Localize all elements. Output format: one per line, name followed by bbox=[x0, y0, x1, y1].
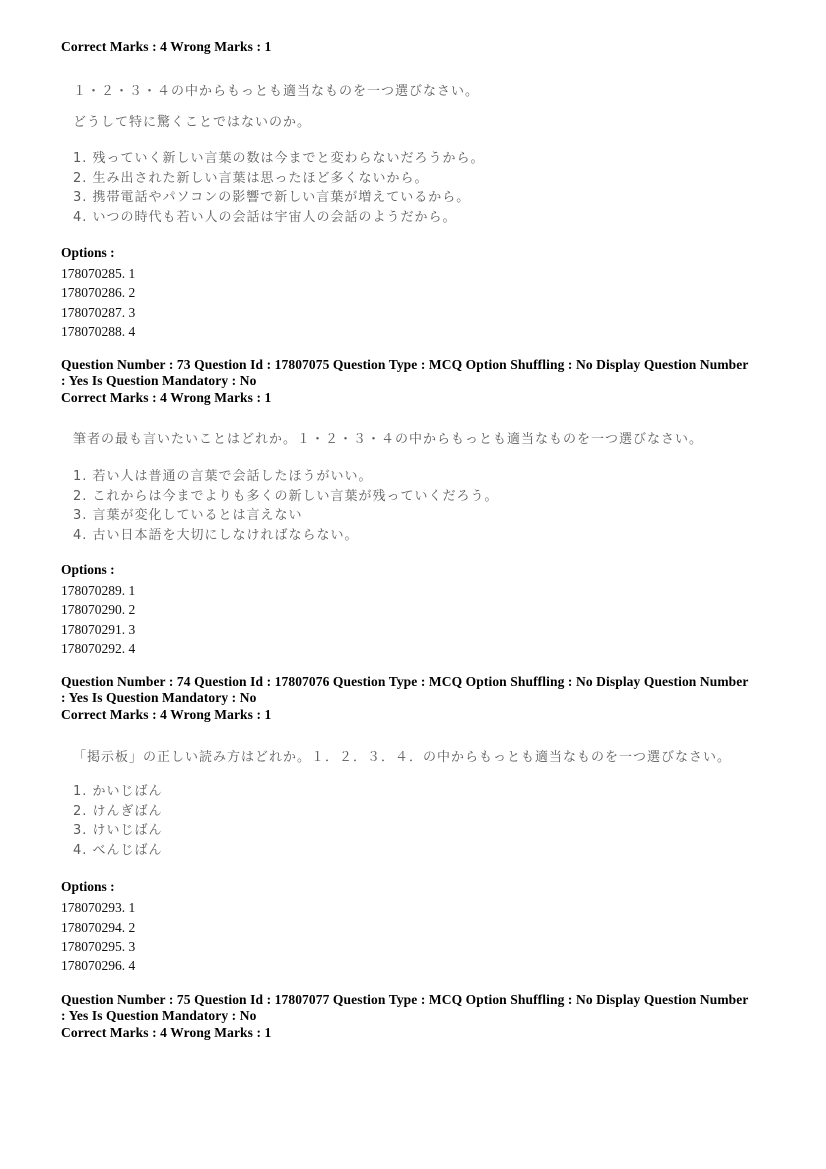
option-id: 178070293. 1 bbox=[61, 898, 765, 917]
option-id: 178070290. 2 bbox=[61, 600, 765, 619]
options-label: Options : bbox=[61, 880, 765, 893]
choice-item: 3. 携帯電話やパソコンの影響で新しい言葉が増えているから。 bbox=[73, 188, 765, 208]
choice-item: 1. かいじばん bbox=[73, 782, 765, 802]
choice-item: 2. けんぎばん bbox=[73, 802, 765, 822]
choice-item: 2. 生み出された新しい言葉は思ったほど多くないから。 bbox=[73, 169, 765, 189]
option-id-list: 178070289. 1 178070290. 2 178070291. 3 1… bbox=[61, 581, 765, 658]
choice-list: 1. 若い人は普通の言葉で会話したほうがいい。 2. これからは今までよりも多く… bbox=[73, 467, 765, 545]
option-id: 178070289. 1 bbox=[61, 581, 765, 600]
choice-item: 3. けいじばん bbox=[73, 821, 765, 841]
question-stem-line-1: 筆者の最も言いたいことはどれか。１・２・３・４の中からもっとも適当なものを一つ選… bbox=[73, 433, 765, 446]
option-id: 178070296. 4 bbox=[61, 956, 765, 975]
question-stem-line-1: １・２・３・４の中からもっとも適当なものを一つ選びなさい。 bbox=[73, 85, 765, 98]
option-id: 178070286. 2 bbox=[61, 283, 765, 302]
choice-list: 1. かいじばん 2. けんぎばん 3. けいじばん 4. べんじばん bbox=[73, 782, 765, 860]
exam-document-page: Correct Marks : 4 Wrong Marks : 1 １・２・３・… bbox=[0, 0, 826, 1169]
option-id: 178070288. 4 bbox=[61, 322, 765, 341]
question-stem-line-1: 「掲示板」の正しい読み方はどれか。１．２．３．４．の中からもっとも適当なものを一… bbox=[73, 751, 765, 764]
option-id: 178070292. 4 bbox=[61, 639, 765, 658]
question-block-75: Question Number : 75 Question Id : 17807… bbox=[61, 992, 765, 1039]
choice-item: 4. べんじばん bbox=[73, 841, 765, 861]
question-block-73: Question Number : 73 Question Id : 17807… bbox=[61, 357, 765, 658]
choice-list: 1. 残っていく新しい言葉の数は今までと変わらないだろうから。 2. 生み出され… bbox=[73, 149, 765, 227]
option-id: 178070294. 2 bbox=[61, 918, 765, 937]
option-id-list: 178070293. 1 178070294. 2 178070295. 3 1… bbox=[61, 898, 765, 975]
option-id: 178070287. 3 bbox=[61, 303, 765, 322]
marks-line: Correct Marks : 4 Wrong Marks : 1 bbox=[61, 40, 765, 53]
choice-item: 1. 残っていく新しい言葉の数は今までと変わらないだろうから。 bbox=[73, 149, 765, 169]
choice-item: 1. 若い人は普通の言葉で会話したほうがいい。 bbox=[73, 467, 765, 487]
option-id: 178070295. 3 bbox=[61, 937, 765, 956]
choice-item: 4. いつの時代も若い人の会話は宇宙人の会話のようだから。 bbox=[73, 208, 765, 228]
options-label: Options : bbox=[61, 563, 765, 576]
marks-line: Correct Marks : 4 Wrong Marks : 1 bbox=[61, 391, 765, 404]
options-label: Options : bbox=[61, 246, 765, 259]
option-id-list: 178070285. 1 178070286. 2 178070287. 3 1… bbox=[61, 264, 765, 341]
question-meta-line: Question Number : 73 Question Id : 17807… bbox=[61, 357, 749, 389]
choice-item: 2. これからは今までよりも多くの新しい言葉が残っていくだろう。 bbox=[73, 487, 765, 507]
marks-line: Correct Marks : 4 Wrong Marks : 1 bbox=[61, 708, 765, 721]
question-stem-line-2: どうして特に驚くことではないのか。 bbox=[73, 116, 765, 129]
option-id: 178070285. 1 bbox=[61, 264, 765, 283]
choice-item: 3. 言葉が変化しているとは言えない bbox=[73, 506, 765, 526]
question-block-72-tail: Correct Marks : 4 Wrong Marks : 1 １・２・３・… bbox=[61, 40, 765, 341]
choice-item: 4. 古い日本語を大切にしなければならない。 bbox=[73, 526, 765, 546]
marks-line: Correct Marks : 4 Wrong Marks : 1 bbox=[61, 1026, 765, 1039]
question-meta-line: Question Number : 75 Question Id : 17807… bbox=[61, 992, 749, 1024]
question-meta-line: Question Number : 74 Question Id : 17807… bbox=[61, 674, 749, 706]
option-id: 178070291. 3 bbox=[61, 620, 765, 639]
question-block-74: Question Number : 74 Question Id : 17807… bbox=[61, 674, 765, 975]
